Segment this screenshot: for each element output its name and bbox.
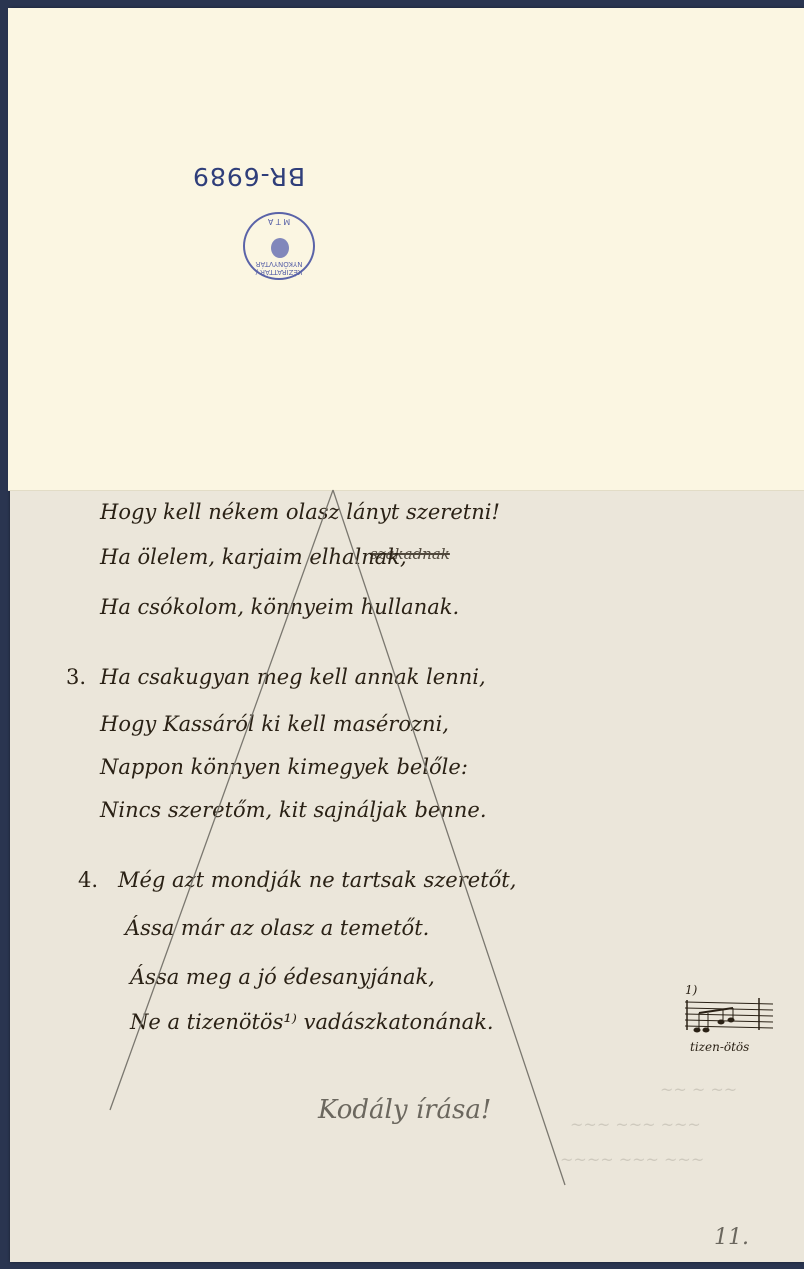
stamp-top-text: KÉZIRATTÁR / NYKÖNYVTÁR [245, 260, 313, 276]
verse-line: Hogy kell nékem olasz lányt szeretni! [100, 500, 500, 524]
struck-word: szakadnak [370, 545, 450, 563]
verse-line: Nincs szeretőm, kit sajnáljak benne. [100, 798, 487, 822]
verse-line: Ássa meg a jó édesanyjának, [130, 965, 435, 989]
page-number: 11. [714, 1225, 749, 1250]
stamp-bottom-text: M T A [245, 217, 313, 226]
footnote-mark: 1) [685, 983, 698, 997]
library-stamp: KÉZIRATTÁR / NYKÖNYVTÁR M T A [243, 212, 315, 280]
music-label: tizen-ötös [690, 1040, 749, 1054]
verse-number: 4. [78, 868, 98, 892]
verse-number: 3. [66, 665, 86, 689]
pencil-annotation: Kodály írása! [318, 1095, 491, 1125]
verse-line-text: Ha ölelem, karjaim elhalnak, [100, 545, 407, 569]
music-notation-icon: 1) [683, 980, 778, 1040]
crest-icon [271, 238, 289, 258]
bleed-through-text: ~~~ ~~~ ~~~ [570, 1115, 701, 1134]
verse-line: Ne a tizenötös¹⁾ vadászkatonának. [130, 1010, 494, 1034]
verse-line: Még azt mondják ne tartsak szeretőt, [118, 868, 516, 892]
verse-line: Ássa már az olasz a temetőt. [125, 916, 429, 940]
bleed-through-text: ~~~~ ~~~ ~~~ [560, 1150, 704, 1169]
verse-line: Nappon könnyen kimegyek belőle: [100, 755, 468, 779]
overlay-sheet [8, 8, 804, 491]
bleed-through-text: ~~ ~ ~~ [660, 1080, 737, 1099]
verse-line: Hogy Kassáról ki kell masérozni, [100, 712, 449, 736]
shelfmark: BR-6989 [192, 162, 305, 191]
verse-line: Ha ölelem, karjaim elhalnak, [100, 545, 407, 569]
verse-line: Ha csókolom, könnyeim hullanak. [100, 595, 459, 619]
verse-line: Ha csakugyan meg kell annak lenni, [100, 665, 486, 689]
